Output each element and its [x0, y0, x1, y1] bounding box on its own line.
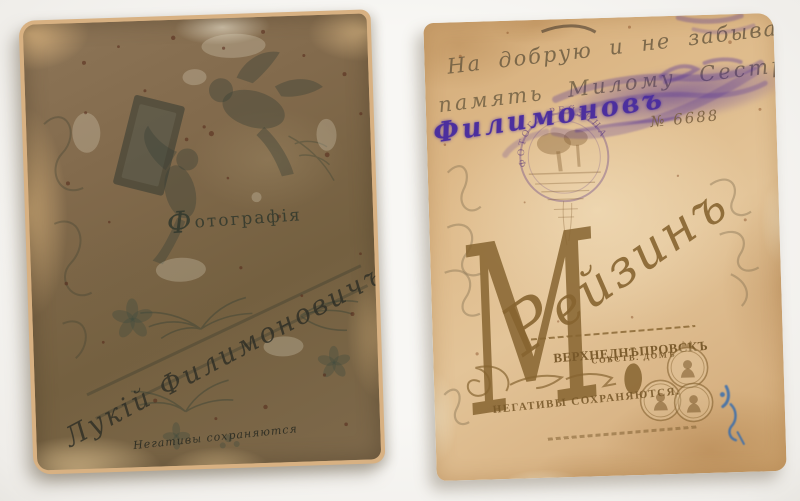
cherub-illustration — [23, 13, 382, 470]
studio-label-rest: отографія — [194, 205, 302, 232]
blue-ink-smudge — [423, 13, 786, 481]
photo-scene: Фотографія Лукій Филимоновичъ Негативы с… — [0, 0, 800, 501]
cherub-flying — [208, 50, 326, 179]
left-card-surface: Фотографія Лукій Филимоновичъ Негативы с… — [23, 13, 382, 470]
left-card: Фотографія Лукій Филимоновичъ Негативы с… — [19, 9, 386, 474]
right-card: ФОТОГ · РЕЙЗИНА — [423, 13, 786, 481]
studio-label-initial: Ф — [166, 205, 195, 242]
